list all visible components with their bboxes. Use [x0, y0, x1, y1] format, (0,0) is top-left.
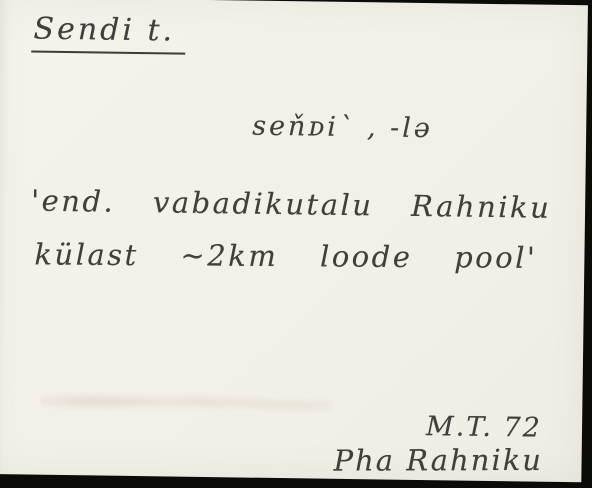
scanned-card-frame: Sendi t. seňᴅiˋ , -lə 'end. vabadikutalu…: [0, 0, 592, 488]
collector-initials-and-year: M.T. 72: [426, 411, 542, 444]
headword-title: Sendi t.: [31, 12, 185, 55]
index-card: Sendi t. seňᴅiˋ , -lə 'end. vabadikutalu…: [0, 0, 588, 482]
card-left-edge-shading: [0, 0, 10, 474]
description-quote-line-2: külast ~2km loode pool': [34, 237, 537, 275]
parish-and-village-note: Pha Rahniku: [334, 443, 543, 478]
phonetic-transcription: seňᴅiˋ , -lə: [252, 111, 433, 145]
description-quote-line-1: 'end. vabadikutalu Rahniku: [31, 184, 552, 225]
faint-ink-bleed-smudge: [40, 390, 330, 416]
